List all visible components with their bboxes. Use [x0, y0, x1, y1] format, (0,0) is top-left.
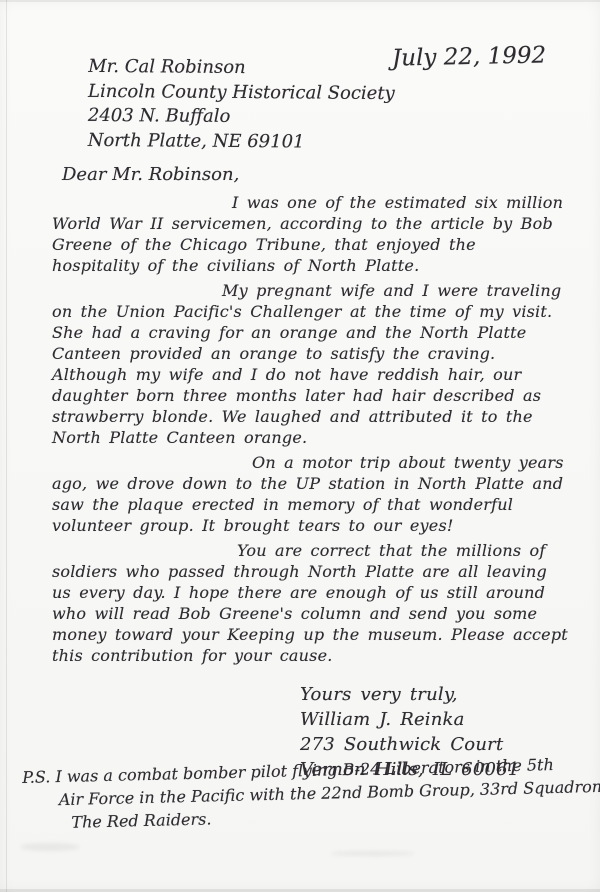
scan-edge-left [6, 0, 7, 892]
letter-date: July 22, 1992 [392, 42, 547, 71]
postscript-block: P.S. I was a combat bomber pilot flying … [22, 752, 590, 835]
paragraph-1: I was one of the estimated six million W… [52, 192, 570, 276]
recipient-organization: Lincoln County Historical Society [88, 79, 395, 106]
recipient-address-block: Mr. Cal Robinson Lincoln County Historic… [88, 55, 395, 155]
paragraph-4: You are correct that the millions of sol… [52, 540, 570, 666]
letter-body: I was one of the estimated six million W… [52, 192, 570, 782]
recipient-name: Mr. Cal Robinson [88, 55, 395, 82]
recipient-city-state-zip: North Platte, NE 69101 [88, 128, 395, 155]
scan-smudge [330, 851, 415, 856]
recipient-street: 2403 N. Buffalo [88, 104, 395, 131]
scan-edge-top [0, 0, 600, 2]
signature: William J. Reinka [300, 707, 570, 732]
salutation: Dear Mr. Robinson, [62, 164, 239, 185]
scanned-letter-page: July 22, 1992 Mr. Cal Robinson Lincoln C… [0, 0, 600, 892]
valediction: Yours very truly, [300, 682, 570, 707]
paragraph-3: On a motor trip about twenty years ago, … [52, 452, 570, 536]
paragraph-2: My pregnant wife and I were traveling on… [52, 280, 570, 448]
scan-smudge [20, 843, 80, 851]
